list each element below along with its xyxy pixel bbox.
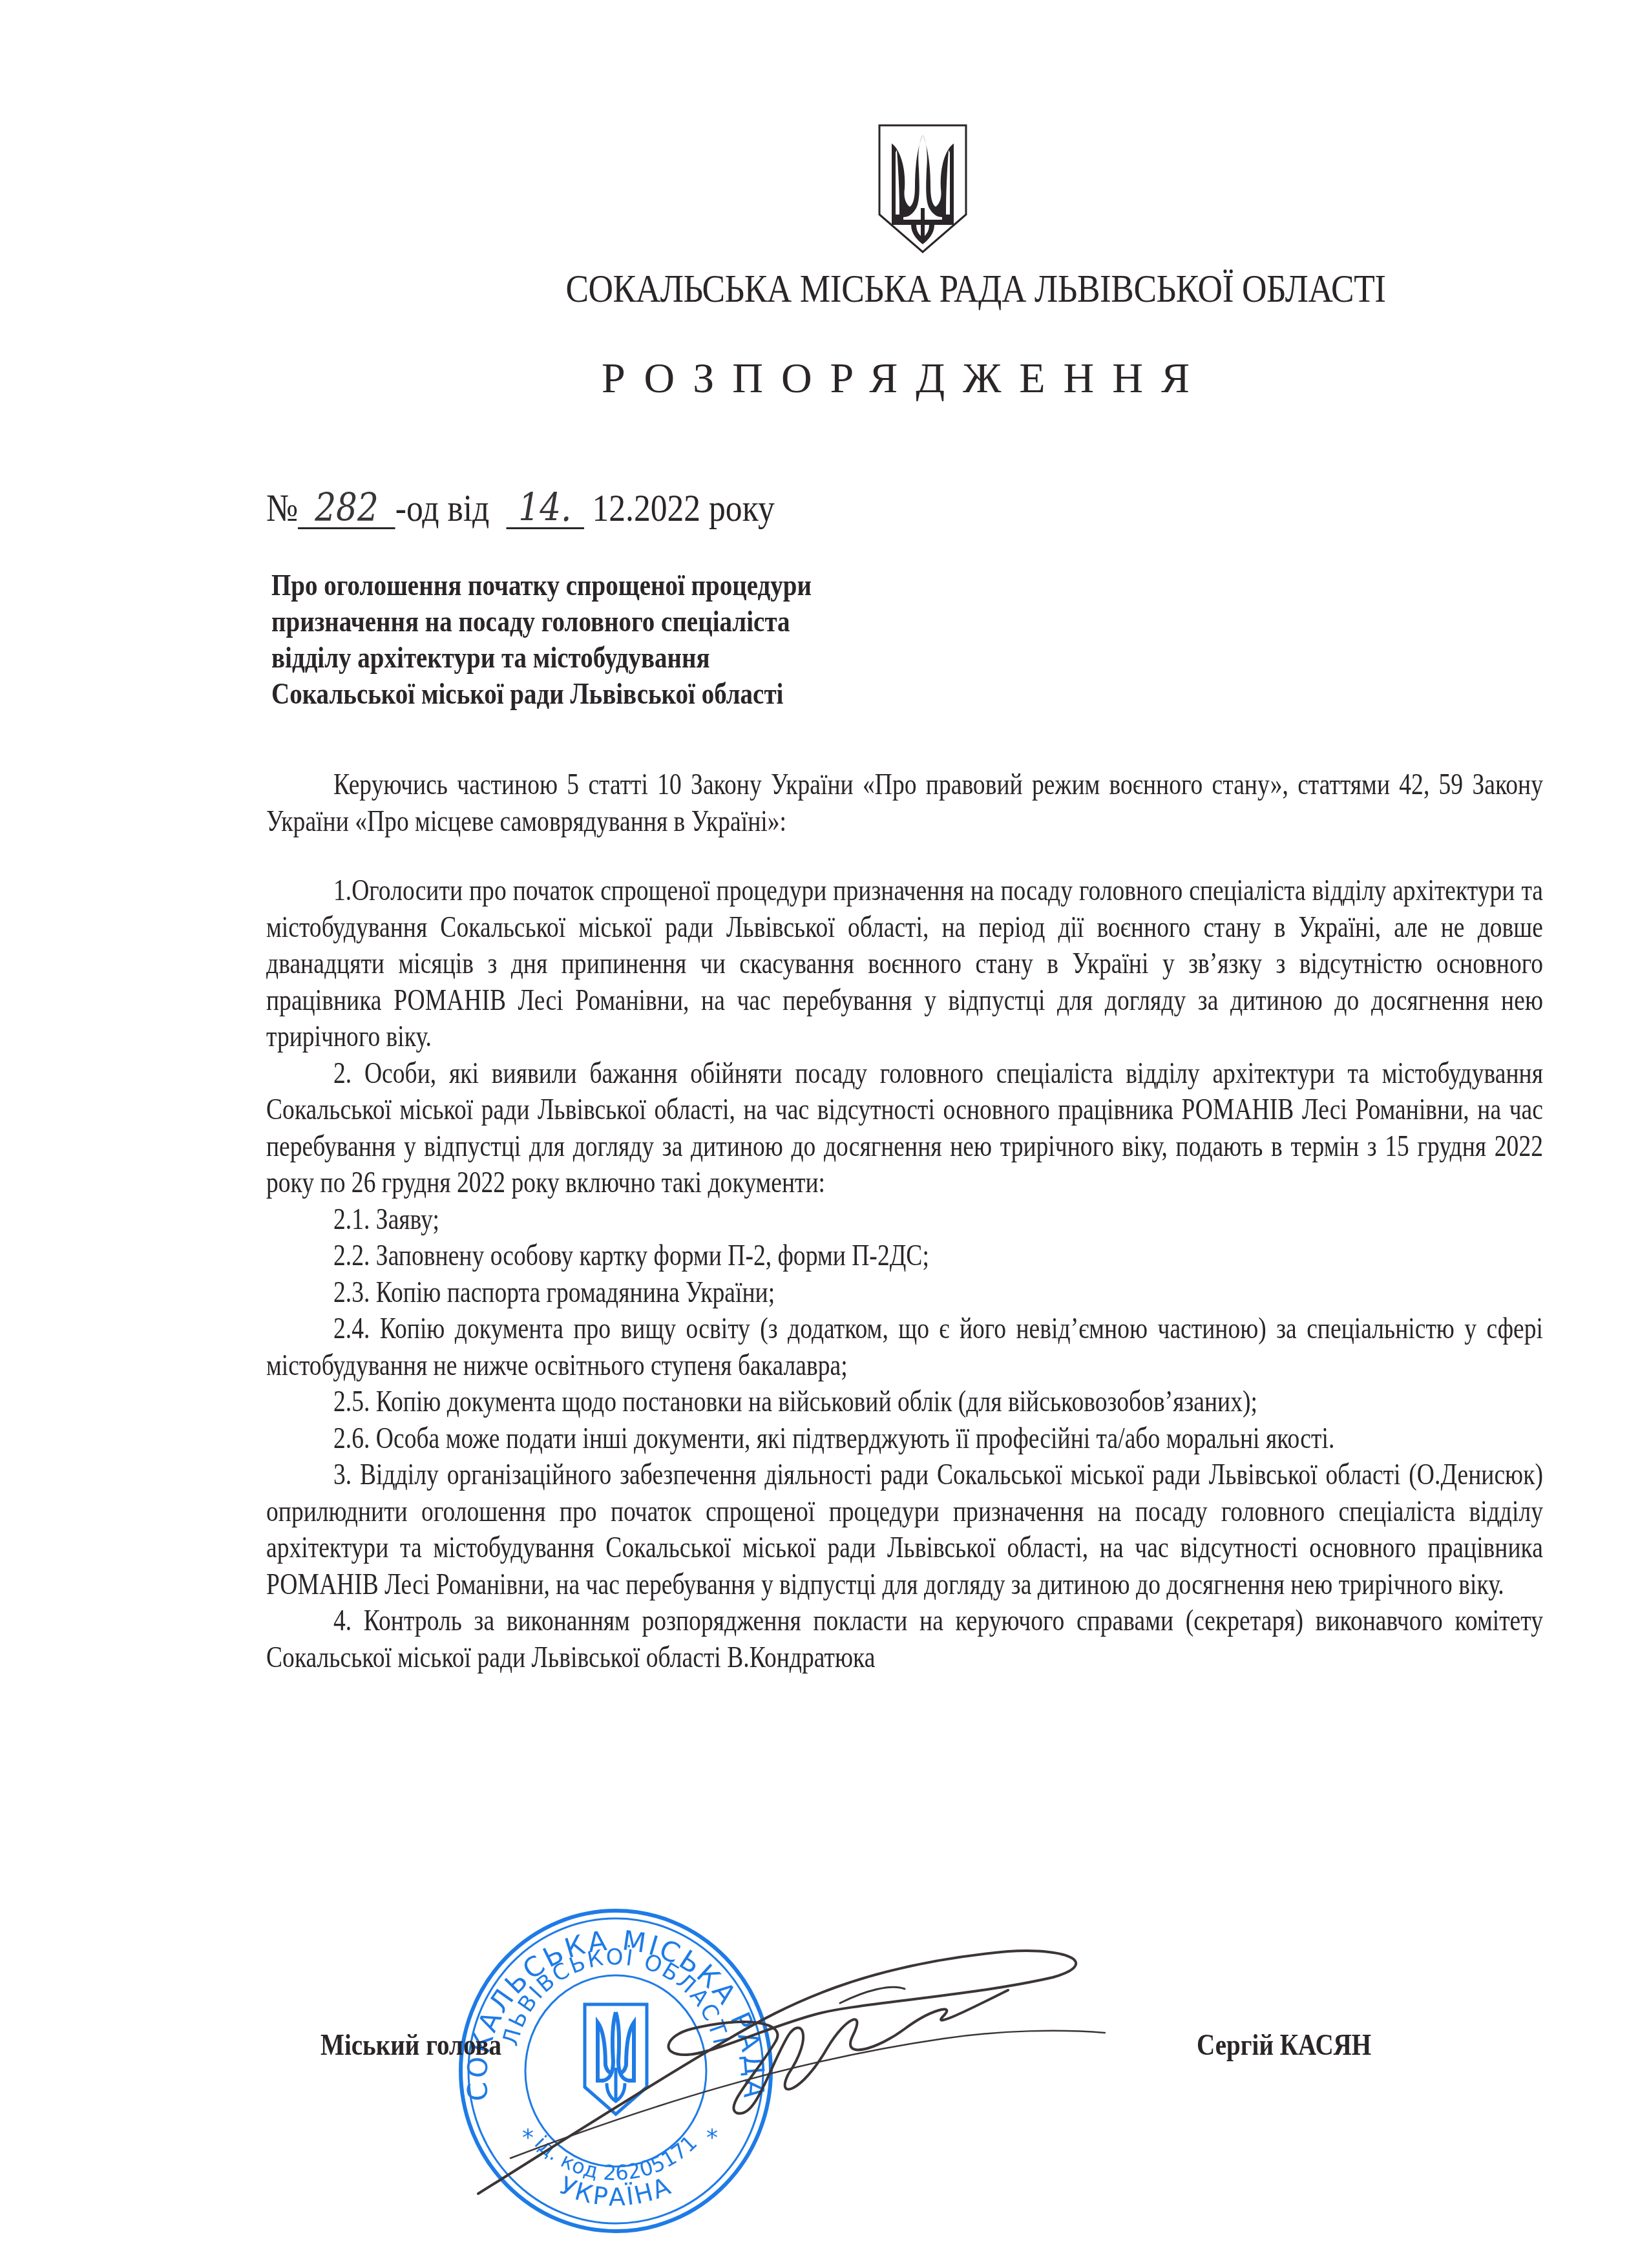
order-items: 1.Оголосити про початок спрощеної процед…: [266, 872, 1543, 1675]
date-rest: 12.2022 року: [592, 487, 774, 529]
item-4: 4. Контроль за виконанням розпорядження …: [266, 1602, 1543, 1675]
subject-line: відділу архітектури та містобудування: [271, 640, 812, 676]
subject-line: Про оголошення початку спрощеної процеду…: [271, 567, 812, 604]
item-2-6: 2.6. Особа може подати інші документи, я…: [266, 1420, 1543, 1457]
document-page: СОКАЛЬСЬКА МІСЬКА РАДА ЛЬВІВСЬКОЇ ОБЛАСТ…: [0, 0, 1649, 2268]
preamble: Керуючись частиною 5 статті 10 Закону Ук…: [266, 766, 1543, 839]
preamble-text: Керуючись частиною 5 статті 10 Закону Ук…: [266, 766, 1543, 839]
day-field: 14.: [506, 488, 583, 529]
item-2: 2. Особи, які виявили бажання обійняти п…: [266, 1055, 1543, 1201]
subject-line: Сокальської міської ради Львівської обла…: [271, 676, 812, 712]
number-sign: №: [266, 487, 298, 529]
handwritten-signature: [452, 1938, 1260, 2210]
item-2-3: 2.3. Копію паспорта громадянина України;: [266, 1274, 1543, 1311]
handwritten-number: 282: [315, 485, 378, 530]
item-2-2: 2.2. Заповнену особову картку форми П-2,…: [266, 1237, 1543, 1274]
document-type-title: РОЗПОРЯДЖЕННЯ: [388, 354, 1422, 403]
tryzub-icon: [877, 124, 969, 253]
handwritten-day: 14.: [518, 485, 571, 530]
item-1: 1.Оголосити про початок спрощеної процед…: [266, 872, 1543, 1055]
number-suffix: -од від: [395, 487, 490, 529]
item-3: 3. Відділу організаційного забезпечення …: [266, 1456, 1543, 1602]
item-2-4: 2.4. Копію документа про вищу освіту (з …: [266, 1310, 1543, 1383]
item-2-1: 2.1. Заяву;: [266, 1201, 1543, 1238]
number-field: 282: [298, 488, 395, 529]
item-2-5: 2.5. Копію документа щодо постановки на …: [266, 1383, 1543, 1420]
document-reference: №282-од від 14. 12.2022 року: [266, 486, 775, 530]
subject-line: призначення на посаду головного спеціалі…: [271, 604, 812, 640]
council-name: СОКАЛЬСЬКА МІСЬКА РАДА ЛЬВІВСЬКОЇ ОБЛАСТ…: [559, 266, 1392, 312]
document-subject: Про оголошення початку спрощеної процеду…: [271, 567, 812, 712]
